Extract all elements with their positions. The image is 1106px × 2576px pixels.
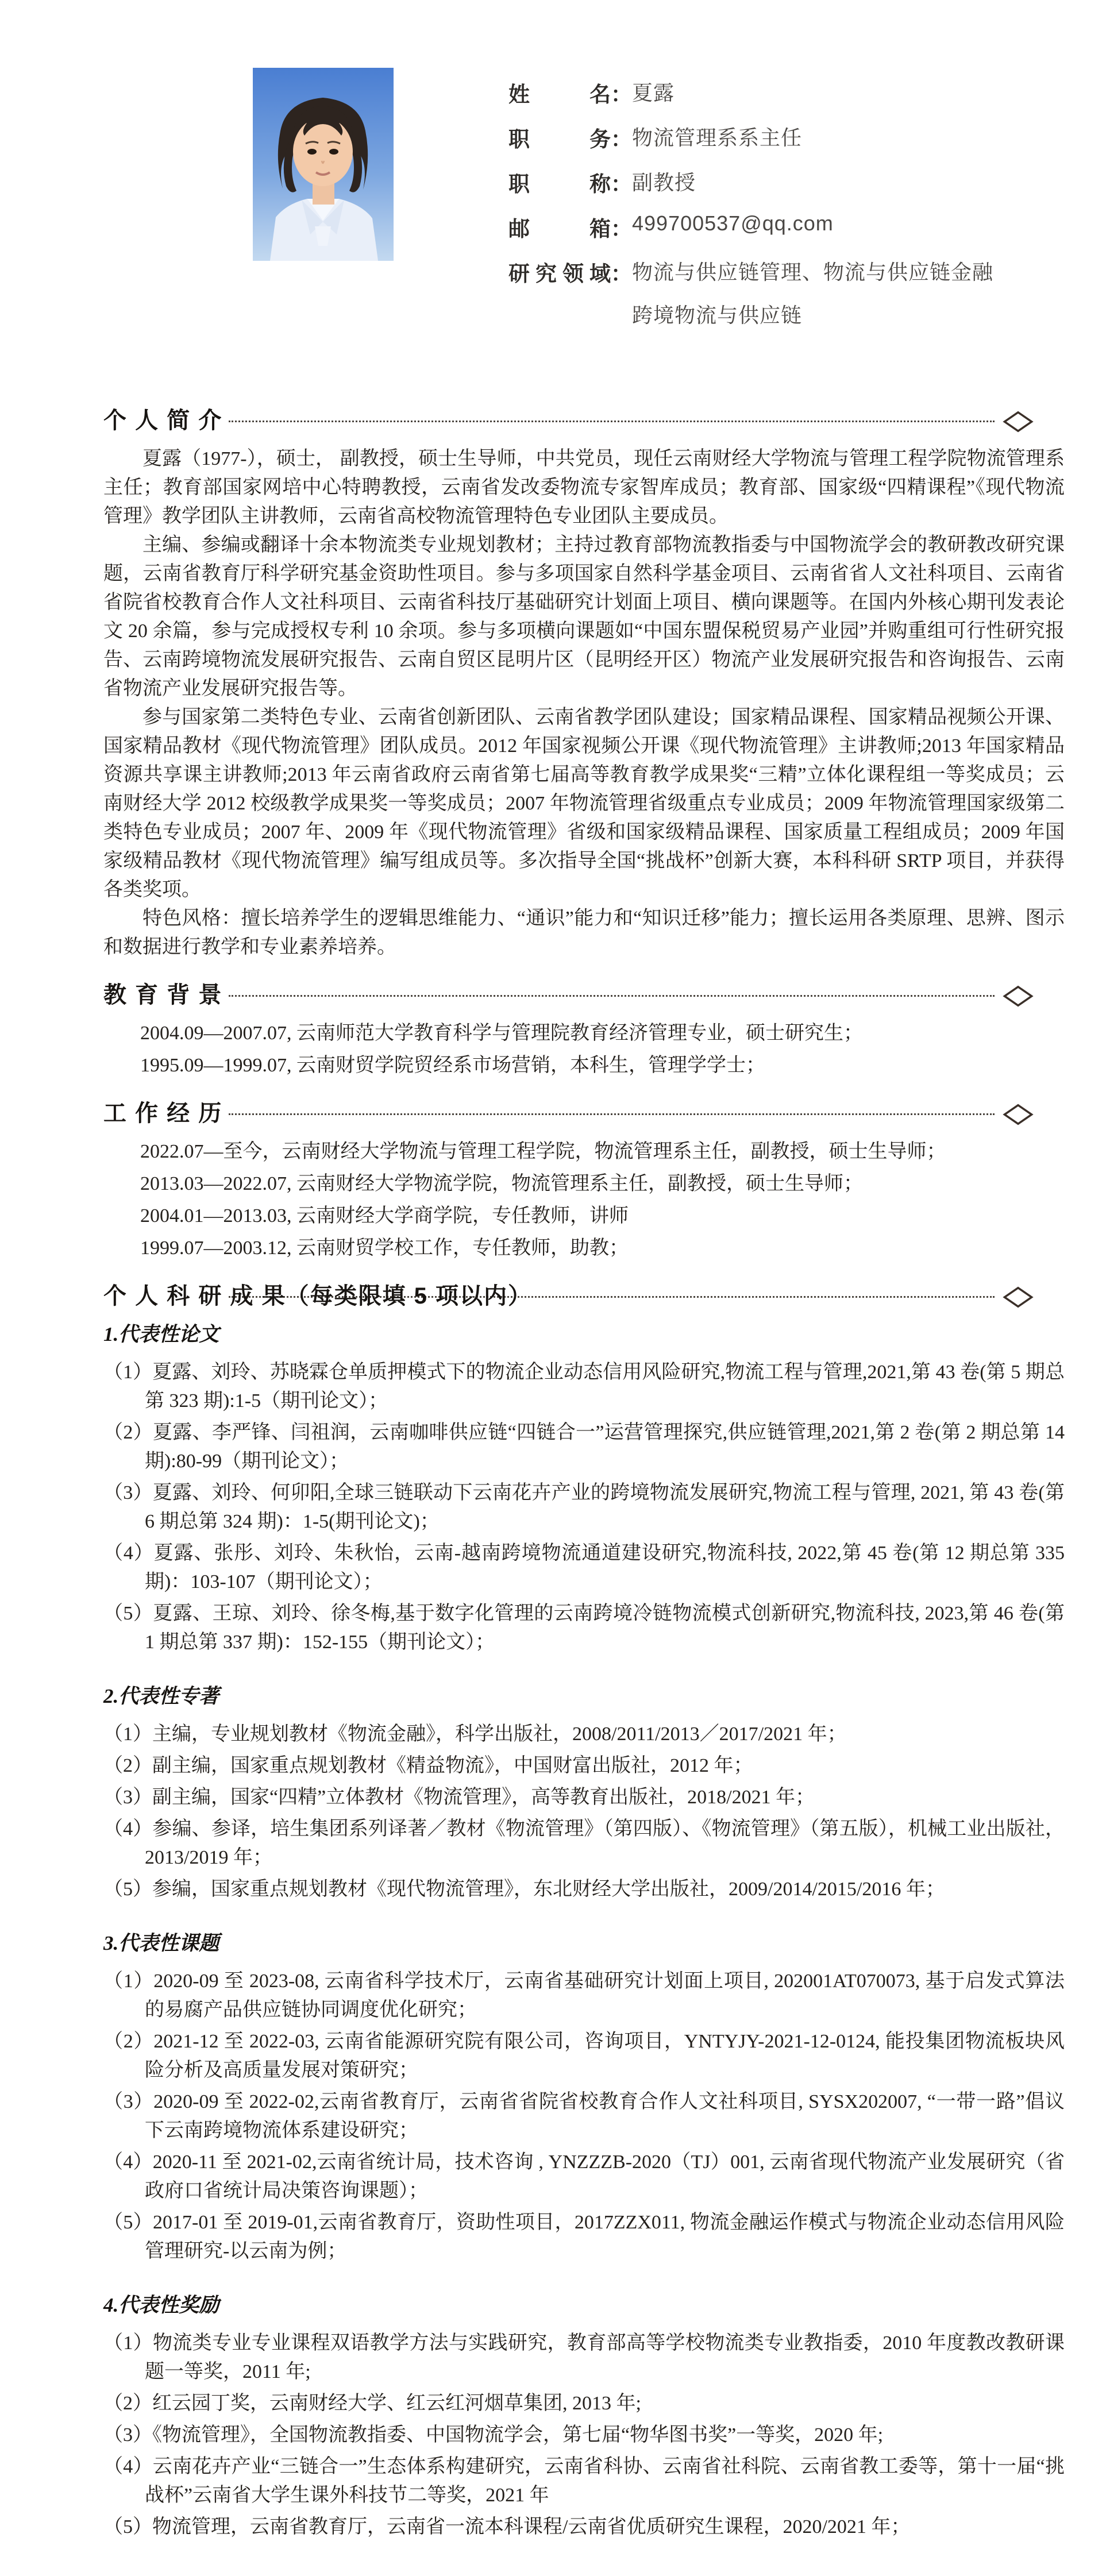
colon: ： [611, 128, 632, 151]
award-item: （3）《物流管理》，全国物流教指委、中国物流学会，第七届“物华图书奖”一等奖，2… [103, 2421, 1065, 2450]
intro-paragraph: 特色风格：擅长培养学生的逻辑思维能力、“通识”能力和“知识迁移”能力；擅长运用各… [103, 904, 1065, 962]
project-item: （2）2021-12 至 2022-03, 云南省能源研究院有限公司，咨询项目，… [103, 2027, 1065, 2085]
paper-item: （3）夏露、刘玲、何卯阳,全球三链联动下云南花卉产业的跨境物流发展研究,物流工程… [103, 1479, 1065, 1536]
subsection-title-papers: 1.代表性论文 [103, 1320, 1065, 1349]
position-value: 物流管理系系主任 [632, 122, 802, 151]
paper-item: （4）夏露、张彤、刘玲、朱秋怡，云南-越南跨境物流通道建设研究,物流科技, 20… [103, 1539, 1065, 1596]
diamond-icon [1003, 1287, 1033, 1308]
dotted-rule [229, 421, 995, 422]
intro-paragraph: 夏露（1977-），硕士， 副教授，硕士生导师，中共党员，现任云南财经大学物流与… [103, 445, 1065, 531]
title-value: 副教授 [632, 167, 696, 196]
diamond-icon [1003, 411, 1033, 433]
position-label: 职务 [508, 122, 611, 153]
project-item: （5）2017-01 至 2019-01,云南省教育厅，资助性项目，2017ZZ… [103, 2208, 1065, 2266]
education-item: 2004.09—2007.07, 云南师范大学教育科学与管理院教育经济管理专业，… [103, 1019, 1065, 1048]
section-header-education: 教 育 背 景 [103, 979, 1065, 1011]
project-item: （4）2020-11 至 2021-02,云南省统计局，技术咨询 , YNZZZ… [103, 2148, 1065, 2205]
email-value: 499700537@qq.com [632, 211, 834, 236]
book-item: （5）参编，国家重点规划教材《现代物流管理》，东北财经大学出版社，2009/20… [103, 1875, 1065, 1904]
dotted-rule [229, 1113, 995, 1115]
document-body: 个 人 简 介 夏露（1977-），硕士， 副教授，硕士生导师，中共党员，现任云… [103, 404, 1065, 2542]
faculty-profile-page: 姓名：夏露 职务：物流管理系系主任 职称：副教授 邮箱：499700537@qq… [0, 0, 1106, 2576]
info-row-email: 邮箱：499700537@qq.com [508, 211, 993, 242]
work-item: 2022.07—至今，云南财经大学物流与管理工程学院，物流管理系主任，副教授，硕… [103, 1137, 1065, 1166]
subsection-title-projects: 3.代表性课题 [103, 1929, 1065, 1958]
section-title: 工 作 经 历 [103, 1097, 222, 1129]
colon: ： [611, 217, 632, 241]
research-field-label: 研究领域 [508, 256, 611, 287]
book-item: （3）副主编，国家“四精”立体教材《物流管理》，高等教育出版社，2018/202… [103, 1783, 1065, 1812]
diamond-icon [1003, 1104, 1033, 1125]
work-item: 1999.07—2003.12, 云南财贸学校工作，专任教师，助教； [103, 1234, 1065, 1263]
section-title: 教 育 背 景 [103, 979, 222, 1011]
section-title: 个 人 简 介 [103, 404, 222, 437]
subsection-title-books: 2.代表性专著 [103, 1682, 1065, 1711]
work-item: 2013.03—2022.07, 云南财经大学物流学院，物流管理系主任，副教授，… [103, 1170, 1065, 1198]
name-label: 姓名 [508, 77, 611, 108]
award-item: （1）物流类专业专业课程双语教学方法与实践研究，教育部高等学校物流类专业教指委，… [103, 2329, 1065, 2386]
info-row-position: 职务：物流管理系系主任 [508, 122, 993, 153]
colon: ： [611, 172, 632, 196]
research-field-line1: 物流与供应链管理、物流与供应链金融 [632, 260, 993, 284]
book-item: （1）主编，专业规划教材《物流金融》，科学出版社，2008/2011/2013／… [103, 1720, 1065, 1749]
award-item: （5）物流管理，云南省教育厅，云南省一流本科课程/云南省优质研究生课程，2020… [103, 2513, 1065, 2542]
research-field-value: 物流与供应链管理、物流与供应链金融跨境物流与供应链 [632, 256, 993, 329]
research-field-line2: 跨境物流与供应链 [632, 299, 993, 329]
info-row-name: 姓名：夏露 [508, 77, 993, 108]
award-item: （4）云南花卉产业“三链合一”生态体系构建研究，云南省科协、云南省社科院、云南省… [103, 2452, 1065, 2510]
info-row-research-field: 研究领域：物流与供应链管理、物流与供应链金融跨境物流与供应链 [508, 256, 993, 329]
portrait-photo-image [253, 68, 394, 261]
info-row-title: 职称：副教授 [508, 167, 993, 198]
basic-info: 姓名：夏露 职务：物流管理系系主任 职称：副教授 邮箱：499700537@qq… [508, 68, 993, 342]
intro-paragraph: 参与国家第二类特色专业、云南省创新团队、云南省教学团队建设；国家精品课程、国家精… [103, 703, 1065, 904]
book-item: （4）参编、参译，培生集团系列译著／教材《物流管理》（第四版）、《物流管理》（第… [103, 1815, 1065, 1872]
section-title: 个 人 科 研 成 果（每类限填 5 项以内） [103, 1280, 532, 1312]
subsection-title-awards: 4.代表性奖励 [103, 2291, 1065, 2320]
profile-header: 姓名：夏露 职务：物流管理系系主任 职称：副教授 邮箱：499700537@qq… [253, 68, 1106, 342]
book-item: （2）副主编，国家重点规划教材《精益物流》，中国财富出版社，2012 年； [103, 1752, 1065, 1780]
diamond-icon [1003, 986, 1033, 1007]
section-header-work: 工 作 经 历 [103, 1097, 1065, 1129]
paper-item: （2）夏露、李严锋、闫祖润，云南咖啡供应链“四链合一”运营管理探究,供应链管理,… [103, 1418, 1065, 1476]
name-value: 夏露 [632, 77, 675, 106]
section-header-research: 个 人 科 研 成 果（每类限填 5 项以内） [103, 1280, 1065, 1312]
section-header-intro: 个 人 简 介 [103, 404, 1065, 437]
dotted-rule [229, 995, 995, 997]
education-item: 1995.09—1999.07, 云南财贸学院贸经系市场营销，本科生，管理学学士… [103, 1051, 1065, 1080]
project-item: （3）2020-09 至 2022-02,云南省教育厅，云南省省院省校教育合作人… [103, 2088, 1065, 2145]
colon: ： [611, 262, 632, 286]
paper-item: （1）夏露、刘玲、苏晓霖仓单质押模式下的物流企业动态信用风险研究,物流工程与管理… [103, 1358, 1065, 1416]
project-item: （1）2020-09 至 2023-08, 云南省科学技术厅，云南省基础研究计划… [103, 1967, 1065, 2024]
colon: ： [611, 83, 632, 106]
work-item: 2004.01—2013.03, 云南财经大学商学院，专任教师，讲师 [103, 1202, 1065, 1231]
profile-photo [253, 68, 394, 261]
intro-paragraph: 主编、参编或翻译十余本物流类专业规划教材；主持过教育部物流教指委与中国物流学会的… [103, 531, 1065, 703]
title-label: 职称 [508, 167, 611, 198]
award-item: （2）红云园丁奖，云南财经大学、红云红河烟草集团, 2013 年; [103, 2389, 1065, 2418]
email-label: 邮箱 [508, 211, 611, 242]
paper-item: （5）夏露、王琼、刘玲、徐冬梅,基于数字化管理的云南跨境冷链物流模式创新研究,物… [103, 1599, 1065, 1657]
